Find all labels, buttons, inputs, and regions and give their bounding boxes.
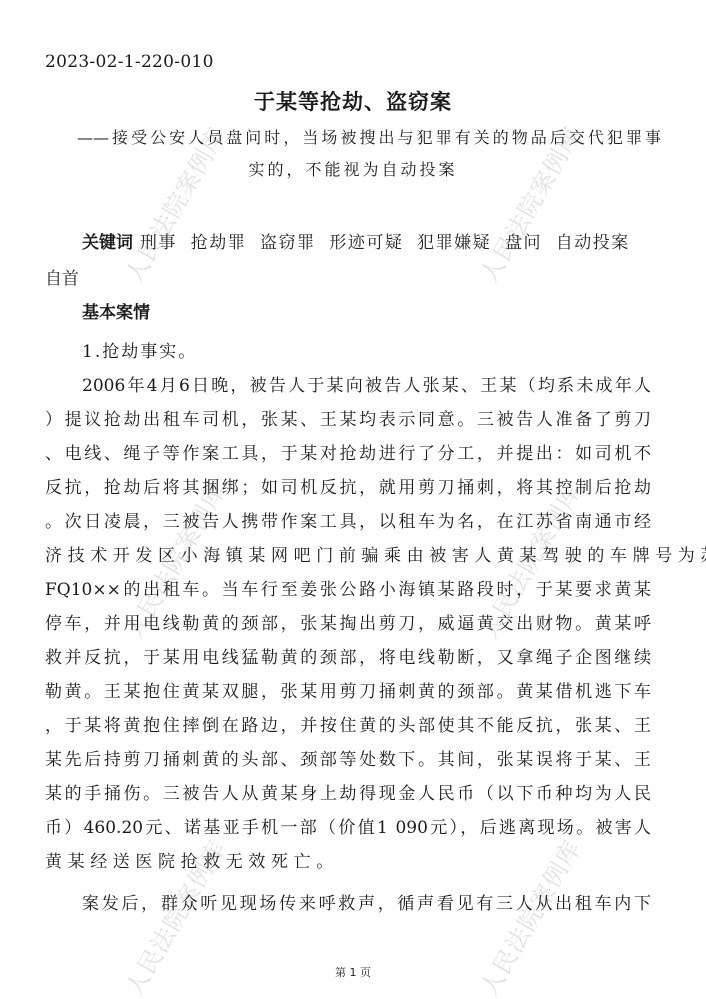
section-heading: 基本案情	[82, 303, 150, 323]
keywords-row: 关键词 刑事 抢劫罪 盗窃罪 形迹可疑 犯罪嫌疑 盘问 自动投案	[82, 233, 630, 253]
paragraph-line: 救并反抗，于某用电线猛勒黄的颈部，将电线勒断，又拿绳子企图继续	[45, 648, 651, 668]
item-heading: 1.抢劫事实。	[82, 342, 197, 362]
paragraph-line: 某先后持剪刀捅刺黄的头部、颈部等处数下。其间，张某误将于某、王	[45, 750, 651, 770]
paragraph-line: 勒黄。王某抱住黄某双腿，张某用剪刀捅刺黄的颈部。黄某借机逃下车	[45, 682, 651, 702]
paragraph-line: 2006年4月6日晚，被告人于某向被告人张某、王某（均系未成年人	[82, 376, 651, 396]
paragraph-line: 济技术开发区小海镇某网吧门前骗乘由被害人黄某驾驶的车牌号为苏	[45, 546, 706, 566]
keywords-list-continued: 自首	[45, 269, 79, 289]
paragraph-line: ，于某将黄抱住摔倒在路边，并按住黄的头部使其不能反抗，张某、王	[45, 716, 651, 736]
paragraph-line: 停车，并用电线勒黄的颈部，张某掏出剪刀，威逼黄交出财物。黄某呼	[45, 614, 651, 634]
paragraph-line: FQ10××的出租车。当车行至姜张公路小海镇某路段时，于某要求黄某	[45, 580, 651, 600]
document-title: 于某等抢劫、盗窃案	[0, 92, 706, 112]
paragraph-line: 币）460.20元、诺基亚手机一部（价值1 090元），后逃离现场。被害人	[45, 818, 651, 838]
paragraph-line: 反抗，抢劫后将其捆绑；如司机反抗，就用剪刀捅刺，将其控制后抢劫	[45, 478, 651, 498]
page-number: 第 1 页	[0, 964, 706, 980]
document-subtitle-line-2: 实的，不能视为自动投案	[0, 160, 706, 180]
case-number: 2023-02-1-220-010	[45, 52, 214, 72]
paragraph-line: 。次日凌晨，三被告人携带作案工具，以租车为名，在江苏省南通市经	[45, 512, 651, 532]
paragraph-line: 黄某经送医院抢救无效死亡。	[45, 852, 339, 872]
keywords-list: 刑事 抢劫罪 盗窃罪 形迹可疑 犯罪嫌疑 盘问 自动投案	[133, 233, 630, 253]
paragraph-line: 、电线、绳子等作案工具，于某对抢劫进行了分工，并提出：如司机不	[45, 444, 651, 464]
paragraph-line: ）提议抢劫出租车司机，张某、王某均表示同意。三被告人准备了剪刀	[45, 410, 651, 430]
keywords-label: 关键词	[82, 233, 133, 253]
paragraph-line: 某的手捅伤。三被告人从黄某身上劫得现金人民币（以下币种均为人民	[45, 784, 651, 804]
document-subtitle-line-1: ——接受公安人员盘问时，当场被搜出与犯罪有关的物品后交代犯罪事	[77, 128, 661, 148]
document-page: 人民法院案例库 人民法院案例库 人民法院案例库 人民法院案例库 人民法院案例库 …	[0, 0, 706, 999]
paragraph-line: 案发后，群众听见现场传来呼救声，循声看见有三人从出租车内下	[82, 894, 651, 914]
